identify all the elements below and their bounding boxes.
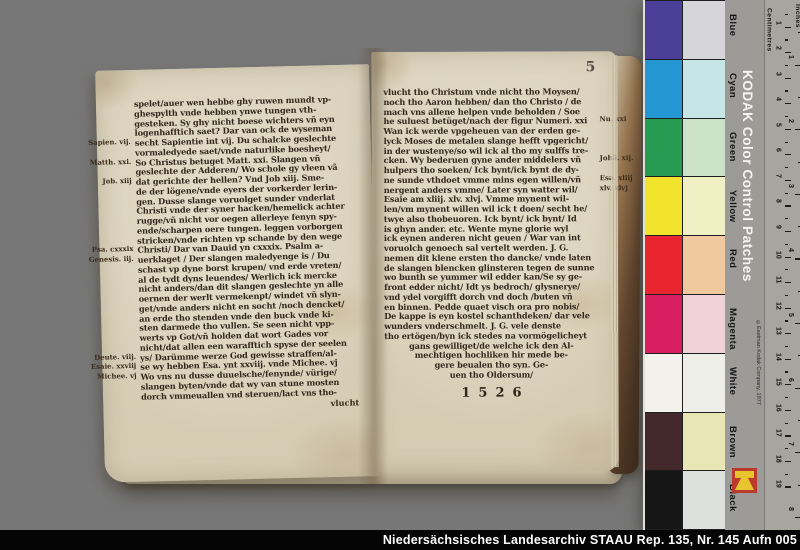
cm-number: 18 xyxy=(775,455,782,463)
cm-tick xyxy=(785,474,789,475)
inch-number: 6 xyxy=(787,378,794,382)
cm-number: 6 xyxy=(775,148,782,152)
centimetre-scale-label: Centimetres xyxy=(766,8,773,52)
margin-note: Esaie. xxviij xyxy=(91,362,137,371)
patch-label-column: BlueCyanGreenYellowRedMagentaWhiteBrownB… xyxy=(725,0,764,530)
inch-number: 8 xyxy=(787,507,794,511)
cm-number: 12 xyxy=(775,302,782,310)
cm-tick xyxy=(785,410,791,411)
inch-tick xyxy=(795,517,800,518)
cm-tick xyxy=(785,14,789,15)
cm-number: 13 xyxy=(775,327,782,335)
cm-tick xyxy=(785,167,789,168)
cm-tick xyxy=(785,423,789,424)
cm-number: 10 xyxy=(775,251,782,259)
margin-note: Deute. viij. xyxy=(94,352,136,361)
cm-tick xyxy=(785,231,791,232)
inch-number: 4 xyxy=(787,248,794,252)
cm-tick xyxy=(785,39,789,40)
cm-tick xyxy=(785,333,791,334)
margin-note: Psa. cxxxix xyxy=(92,245,134,254)
patch-label: Blue xyxy=(727,14,738,37)
margin-note: Michee. vj xyxy=(97,372,137,381)
margin-note: Esa. xliij xyxy=(600,174,633,182)
cm-tick xyxy=(785,486,791,487)
cm-tick xyxy=(785,282,791,283)
margin-note: Sapien. vij. xyxy=(88,138,131,147)
cm-tick xyxy=(785,116,789,117)
cm-tick xyxy=(785,461,791,462)
cm-number: 14 xyxy=(775,353,782,361)
cm-tick xyxy=(785,257,791,258)
book-page-left: spelet/auer wen hebbe ghy ruwen mundt vp… xyxy=(95,64,379,483)
margin-note: Genesis. iij. xyxy=(89,255,134,264)
color-patch-green xyxy=(645,119,682,177)
inch-number: 2 xyxy=(787,119,794,123)
cm-tick xyxy=(785,193,789,194)
inch-tick xyxy=(795,129,800,130)
cm-number: 19 xyxy=(775,480,782,488)
cm-tick xyxy=(785,371,789,372)
inch-tick xyxy=(795,65,800,66)
color-patch-red xyxy=(645,236,682,294)
cm-tick xyxy=(785,397,789,398)
cm-tick xyxy=(785,27,791,28)
cm-tick xyxy=(785,78,791,79)
cm-tick xyxy=(785,244,789,245)
cm-tick xyxy=(785,320,789,321)
cm-tick xyxy=(785,154,791,155)
cm-number: 2 xyxy=(775,46,782,50)
colophon-year: 1526 xyxy=(384,385,598,401)
inch-number: 7 xyxy=(787,442,794,446)
color-patch-tint-red xyxy=(683,236,725,294)
cm-tick xyxy=(785,52,791,53)
inch-tick xyxy=(795,258,800,259)
color-patch-tint-blue xyxy=(683,1,725,59)
caption-bar: Niedersächsisches Landesarchiv STAAU Rep… xyxy=(0,530,800,550)
cm-tick xyxy=(785,308,791,309)
cm-tick xyxy=(785,269,789,270)
margin-note: xlv. xlvj xyxy=(600,184,628,192)
cm-tick xyxy=(785,359,791,360)
cm-tick xyxy=(785,205,791,206)
margin-note: Johã. xij. xyxy=(600,154,634,162)
margin-note: Matth. xxi. xyxy=(90,157,132,166)
color-patch-tint-white xyxy=(683,354,725,412)
inch-number: 3 xyxy=(787,184,794,188)
color-patch-black xyxy=(645,471,682,529)
patch-label: Brown xyxy=(727,426,738,458)
cm-tick xyxy=(785,90,789,91)
patch-label: Magenta xyxy=(727,308,738,350)
cm-number: 3 xyxy=(775,72,782,76)
color-patch-brown xyxy=(645,413,682,471)
kodak-color-strip: BlueCyanGreenYellowRedMagentaWhiteBrownB… xyxy=(643,0,800,530)
cm-tick xyxy=(785,65,789,66)
cm-number: 1 xyxy=(775,21,782,25)
color-patch-yellow xyxy=(645,177,682,235)
kodak-logo-icon xyxy=(732,468,757,493)
color-patch-tint-yellow xyxy=(683,177,725,235)
color-patch-magenta xyxy=(645,295,682,353)
left-page-text: spelet/auer wen hebbe ghy ruwen mundt vp… xyxy=(134,94,372,413)
patch-label: Yellow xyxy=(727,190,738,223)
kodak-brand-text: KODAK Color Control Patches xyxy=(740,70,755,282)
inch-number: 5 xyxy=(787,313,794,317)
inch-number: 1 xyxy=(787,55,794,59)
cm-tick xyxy=(785,295,789,296)
cm-tick xyxy=(785,448,789,449)
cm-number: 15 xyxy=(775,378,782,386)
patch-label: White xyxy=(727,367,738,395)
cm-tick xyxy=(785,384,791,385)
color-patch-tint-brown xyxy=(683,413,725,471)
caption-text: Niedersächsisches Landesarchiv STAAU Rep… xyxy=(383,533,797,547)
book-page-right: 5 vlucht tho Christum vnde nicht tho Moy… xyxy=(371,51,618,472)
inch-tick xyxy=(795,388,800,389)
cm-tick xyxy=(785,103,791,104)
cm-number: 9 xyxy=(775,225,782,229)
cm-number: 17 xyxy=(775,429,782,437)
cm-tick xyxy=(785,142,789,143)
gutter-shadow xyxy=(358,48,388,484)
margin-note: Job. xiij xyxy=(102,177,131,186)
margin-note: Nu. xxi xyxy=(599,115,626,123)
cm-number: 7 xyxy=(775,174,782,178)
cm-tick xyxy=(785,435,791,436)
color-patch-white xyxy=(645,354,682,412)
patch-label: Green xyxy=(727,132,738,162)
cm-tick xyxy=(785,218,789,219)
kodak-copyright: ©Eastman Kodak Company, 1977 xyxy=(755,320,761,405)
cm-number: 16 xyxy=(775,404,782,412)
cm-number: 8 xyxy=(775,199,782,203)
cm-tick xyxy=(785,346,789,347)
patch-label: Cyan xyxy=(727,73,738,98)
color-patch-tint-magenta xyxy=(683,295,725,353)
colophon-line: uen tho Oldersum/ xyxy=(384,370,598,380)
cm-tick xyxy=(785,129,791,130)
color-patch-tint-black xyxy=(683,471,725,529)
cm-number: 4 xyxy=(775,97,782,101)
left-margin-notes: Sapien. vij.Matth. xxi.Job. xiijPsa. cxx… xyxy=(96,100,140,431)
right-page-text: vlucht tho Christum vnde nicht tho Moyse… xyxy=(383,87,598,400)
cm-tick xyxy=(785,180,791,181)
cm-number: 11 xyxy=(775,276,782,283)
book: spelet/auer wen hebbe ghy ruwen mundt vp… xyxy=(100,48,640,490)
color-patch-tint-green xyxy=(683,119,725,177)
patch-label: Red xyxy=(727,249,738,268)
ruler: Centimetres Inches 123456789101112131415… xyxy=(764,0,800,530)
cm-number: 5 xyxy=(775,123,782,127)
page-number: 5 xyxy=(586,59,596,75)
photo-backdrop: spelet/auer wen hebbe ghy ruwen mundt vp… xyxy=(0,0,800,550)
color-patch-blue xyxy=(645,1,682,59)
inch-tick xyxy=(795,452,800,453)
color-patch-tint-cyan xyxy=(683,60,725,118)
inch-tick xyxy=(795,194,800,195)
inch-tick xyxy=(795,323,800,324)
color-patch-cyan xyxy=(645,60,682,118)
patch-grid xyxy=(645,0,725,530)
